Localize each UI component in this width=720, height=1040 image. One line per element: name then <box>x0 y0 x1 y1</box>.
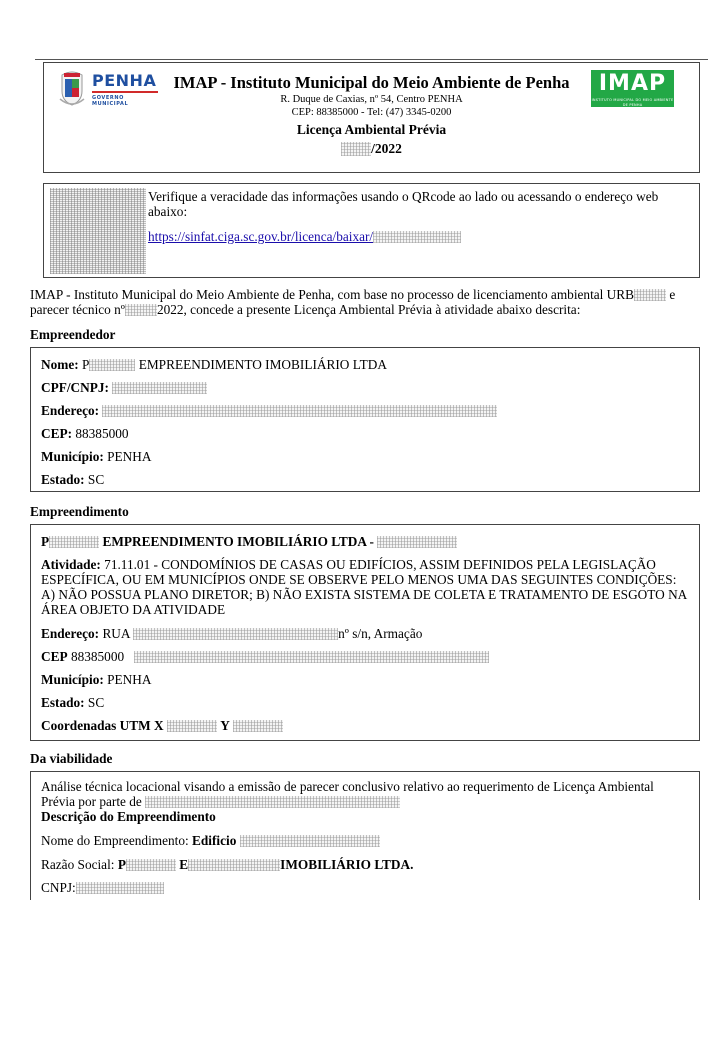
redacted-code <box>373 231 461 243</box>
document-year: /2022 <box>371 141 402 156</box>
imap-logo-word: IMAP <box>599 71 666 96</box>
field-value-prefix: RUA <box>102 626 129 641</box>
field-value: SC <box>88 695 104 710</box>
section-title-empreendedor: Empreendedor <box>30 327 115 343</box>
field-cep: CEP: 88385000 <box>41 426 689 441</box>
section-title-empreendimento: Empreendimento <box>30 504 129 520</box>
redacted-part2 <box>188 859 280 871</box>
institution-address: R. Duque de Caxias, nº 54, Centro PENHA <box>144 93 599 106</box>
subsection-title: Descrição do Empreendimento <box>41 809 216 824</box>
field-label: Razão Social: <box>41 857 114 872</box>
field-razao-social: Razão Social: P EIMOBILIÁRIO LTDA. <box>41 857 689 872</box>
field-label: CPF/CNPJ: <box>41 380 109 395</box>
field-cnpj: CNPJ: <box>41 880 689 895</box>
redacted-number <box>341 142 371 156</box>
redacted-name <box>49 536 99 548</box>
enterprise-name-prefix: P <box>41 534 49 549</box>
imap-logo: IMAP INSTITUTO MUNICIPAL DO MEIO AMBIENT… <box>591 70 674 107</box>
field-label: Nome do Empreendimento: <box>41 833 189 848</box>
field-label: Endereço: <box>41 626 99 641</box>
penha-crest-icon <box>58 69 86 107</box>
field-label: Município: <box>41 449 104 464</box>
field-label: Estado: <box>41 472 85 487</box>
field-value: 71.11.01 - CONDOMÍNIOS DE CASAS OU EDIFÍ… <box>41 557 687 617</box>
field-value: SC <box>88 472 104 487</box>
field-label: Nome: <box>41 357 79 372</box>
enterprise-name: P EMPREENDIMENTO IMOBILIÁRIO LTDA - <box>41 534 689 549</box>
empreendimento-box: P EMPREENDIMENTO IMOBILIÁRIO LTDA - Ativ… <box>30 524 700 741</box>
redacted-part1 <box>126 859 176 871</box>
field-nome-empreendimento: Nome do Empreendimento: Edificio <box>41 833 689 848</box>
verification-link-row: https://sinfat.ciga.sc.gov.br/licenca/ba… <box>148 229 461 245</box>
intro-text-3: 2022, concede a presente Licença Ambient… <box>157 302 580 317</box>
field-coordenadas: Coordenadas UTM X Y <box>41 718 689 733</box>
field-label: CNPJ: <box>41 880 76 895</box>
field-label: Atividade: <box>41 557 101 572</box>
field-endereco: Endereço: RUA nº s/n, Armação <box>41 626 689 641</box>
redacted-cnpj <box>76 882 164 894</box>
redacted-parecer <box>125 304 157 316</box>
field-value: 88385000 <box>75 426 128 441</box>
redacted-complement <box>134 651 489 663</box>
institution-contact: CEP: 88385000 - Tel: (47) 3345-0200 <box>144 106 599 119</box>
qr-code-icon <box>50 188 146 274</box>
enterprise-name-text: EMPREENDIMENTO IMOBILIÁRIO LTDA - <box>102 534 374 549</box>
empreendedor-box: Nome: P EMPREENDIMENTO IMOBILIÁRIO LTDA … <box>30 347 700 492</box>
verification-box: Verifique a veracidade das informações u… <box>43 183 700 278</box>
field-municipio: Município: PENHA <box>41 449 689 464</box>
document-header: PENHA GOVERNO MUNICIPAL IMAP - Instituto… <box>43 62 700 173</box>
field-label: CEP: <box>41 426 72 441</box>
field-value: PENHA <box>107 672 151 687</box>
institution-title: IMAP - Instituto Municipal do Meio Ambie… <box>144 73 599 93</box>
redacted-building-name <box>240 835 380 847</box>
document-type: Licença Ambiental Prévia <box>144 121 599 138</box>
field-value-prefix: P <box>82 357 89 372</box>
field-label-y: Y <box>220 718 230 733</box>
descricao-title: Descrição do Empreendimento <box>41 809 689 824</box>
field-atividade: Atividade: 71.11.01 - CONDOMÍNIOS DE CAS… <box>41 557 689 617</box>
imap-logo-text: IMAP <box>591 70 674 98</box>
field-estado: Estado: SC <box>41 695 689 710</box>
field-label: Endereço: <box>41 403 99 418</box>
section-title-viabilidade: Da viabilidade <box>30 751 112 767</box>
field-cep: CEP 88385000 <box>41 649 689 664</box>
page-cutoff <box>0 900 720 1040</box>
intro-text-1: IMAP - Instituto Municipal do Meio Ambie… <box>30 287 634 302</box>
verification-link[interactable]: https://sinfat.ciga.sc.gov.br/licenca/ba… <box>148 229 373 244</box>
field-nome: Nome: P EMPREENDIMENTO IMOBILIÁRIO LTDA <box>41 357 689 372</box>
viabilidade-box: Análise técnica locacional visando a emi… <box>30 771 700 911</box>
imap-logo-subtitle: INSTITUTO MUNICIPAL DO MEIO AMBIENTE DE … <box>591 98 674 108</box>
redacted-street <box>133 628 338 640</box>
redacted-name <box>89 359 135 371</box>
field-municipio: Município: PENHA <box>41 672 689 687</box>
field-value: EMPREENDIMENTO IMOBILIÁRIO LTDA <box>139 357 387 372</box>
redacted-process <box>634 289 666 301</box>
analise-text: Análise técnica locacional visando a emi… <box>41 779 689 809</box>
redacted-x <box>167 720 217 732</box>
field-label: Estado: <box>41 695 85 710</box>
document-number: /2022 <box>144 140 599 157</box>
redacted-y <box>233 720 283 732</box>
field-value: 88385000 <box>71 649 124 664</box>
header-center: IMAP - Instituto Municipal do Meio Ambie… <box>144 73 599 157</box>
field-cpf-cnpj: CPF/CNPJ: <box>41 380 689 395</box>
field-label: CEP <box>41 649 68 664</box>
page-top-rule <box>35 59 708 60</box>
field-value-suffix: nº s/n, Armação <box>338 626 422 641</box>
redacted-code <box>377 536 457 548</box>
field-endereco: Endereço: <box>41 403 689 418</box>
redacted-company <box>145 796 400 808</box>
field-label: Município: <box>41 672 104 687</box>
redacted-cnpj <box>112 382 207 394</box>
field-value: Edificio <box>192 833 236 848</box>
field-value: PENHA <box>107 449 151 464</box>
field-value-p: P <box>118 857 126 872</box>
field-value-suffix: IMOBILIÁRIO LTDA. <box>280 857 413 872</box>
verification-text: Verifique a veracidade das informações u… <box>148 189 669 219</box>
intro-paragraph: IMAP - Instituto Municipal do Meio Ambie… <box>30 287 702 317</box>
redacted-address <box>102 405 497 417</box>
field-value-e: E <box>179 857 188 872</box>
field-label: Coordenadas UTM X <box>41 718 164 733</box>
penha-logo: PENHA GOVERNO MUNICIPAL <box>58 69 158 111</box>
field-estado: Estado: SC <box>41 472 689 487</box>
